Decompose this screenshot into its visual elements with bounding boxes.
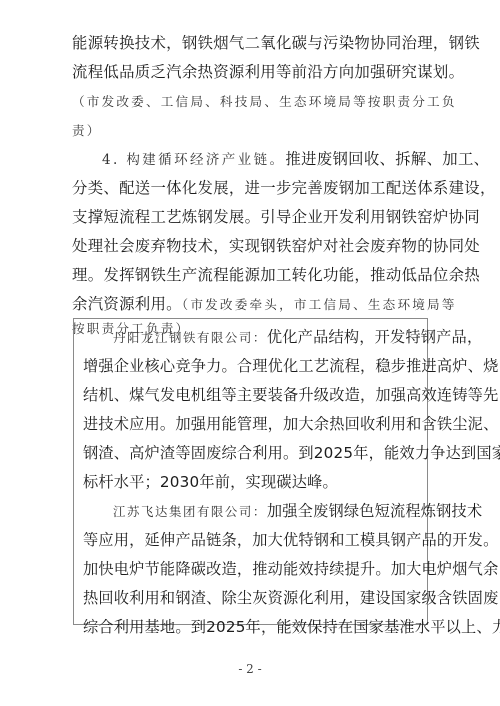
body-text: 加强全废钢绿色短流程炼钢技术	[267, 502, 482, 520]
box-text-line: 加快电炉节能降碳改造，推动能效持续提升。加大电炉烟气余	[83, 555, 428, 584]
company-name: 江苏飞达集团有限公司：	[113, 504, 267, 519]
section-heading: 4. 构建循环经济产业链。	[102, 152, 285, 168]
body-text-line: 分类、配送一体化发展，进一步完善废钢加工配送体系建设，	[72, 174, 432, 203]
section-4-first-line: 4. 构建循环经济产业链。推进废钢回收、拆解、加工、	[72, 145, 462, 175]
box-text-line: 结机、煤气发电机组等主要装备升级改造，加强高效连铸等先	[83, 381, 428, 410]
responsibility-note: （市发改委、工信局、科技局、生态环境局等按职责分工负	[72, 87, 432, 116]
company-name: 丹阳龙江钢铁有限公司：	[113, 330, 267, 345]
responsibility-note: 责）	[72, 116, 432, 145]
company-first-line: 江苏飞达集团有限公司：加强全废钢绿色短流程炼钢技术	[83, 497, 458, 526]
body-text-line: 理。发挥钢铁生产流程能源加工转化功能，推动低品位余热	[72, 261, 432, 290]
box-text-line: 进技术应用。加强用能管理，加大余热回收利用和含铁尘泥、	[83, 410, 428, 439]
responsibility-note: （市发改委牵头，市工信局、生态环境局等	[182, 297, 457, 312]
box-text-line: 增强企业核心竞争力。合理优化工艺流程，稳步推进高炉、烧	[83, 352, 428, 381]
company-first-line: 丹阳龙江钢铁有限公司：优化产品结构，开发特钢产品，	[83, 323, 458, 352]
body-text: 推进废钢回收、拆解、加工、	[285, 150, 489, 168]
body-text-line: 能源转换技术，钢铁烟气二氧化碳与污染物协同治理，钢铁	[72, 29, 432, 58]
body-text-line: 处理社会废弃物技术，实现钢铁窑炉对社会废弃物的协同处	[72, 232, 432, 261]
body-text-line: 流程低品质乏汽余热资源利用等前沿方向加强研究谋划。	[72, 58, 432, 87]
box-text-line: 热回收利用和钢渣、除尘灰资源化利用，建设国家级含铁固废	[83, 584, 428, 613]
box-text-line: 等应用，延伸产品链条，加大优特钢和工模具钢产品的开发。	[83, 526, 428, 555]
box-text-line: 钢渣、高炉渣等固废综合利用。到2025年，能效力争达到国家	[83, 439, 428, 468]
body-text: 余汽资源利用。	[72, 295, 182, 313]
body-text: 优化产品结构，开发特钢产品，	[267, 328, 482, 346]
box-text-line: 综合利用基地。到2025年，能效保持在国家基准水平以上、力	[83, 613, 428, 642]
document-page: 能源转换技术，钢铁烟气二氧化碳与污染物协同治理，钢铁 流程低品质乏汽余热资源利用…	[0, 0, 500, 706]
page-number: - 2 -	[0, 662, 500, 676]
body-text-line: 支撑短流程工艺炼钢发展。引导企业开发利用钢铁窑炉协同	[72, 203, 432, 232]
box-text-line: 标杆水平；2030年前，实现碳达峰。	[83, 468, 428, 497]
